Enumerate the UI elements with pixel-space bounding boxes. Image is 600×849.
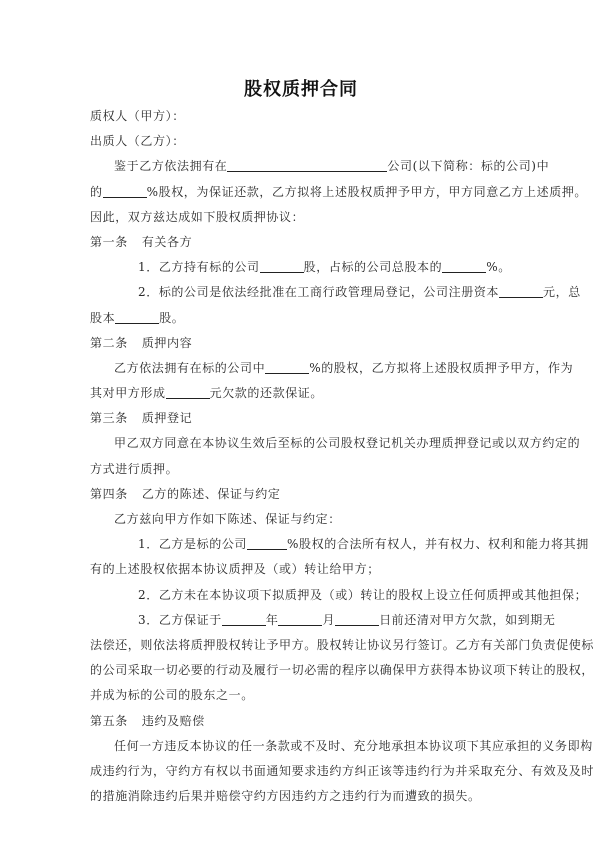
article-title: 质押内容 <box>142 336 192 350</box>
company-name-blank <box>227 157 387 172</box>
article-number: 第五条 <box>90 714 128 728</box>
day-blank <box>335 611 379 626</box>
clause-text: %股权的合法所有权人，并有权力、权利和能力将其拥 <box>287 537 589 551</box>
article-title: 乙方的陈述、保证与约定 <box>142 487 281 501</box>
contract-page: 股权质押合同 质权人（甲方）： 出质人（乙方）： 鉴于乙方依法拥有在公司(以下简… <box>90 76 512 809</box>
article-4-item-3-cont-2: 的公司采取一切必要的行动及履行一切必需的程序以确保甲方获得本协议项下转让的股权， <box>90 658 512 683</box>
year-blank <box>222 611 266 626</box>
clause-text: %。 <box>486 260 511 274</box>
clause-text: 2．标的公司是依法经批准在工商行政管理局登记，公司注册资本 <box>138 285 499 299</box>
owned-percent-blank <box>247 535 287 550</box>
article-title: 有关各方 <box>142 235 192 249</box>
clause-text: 日前还清对甲方欠款，如到期无 <box>379 613 555 627</box>
month-blank <box>278 611 322 626</box>
article-1-heading: 第一条有关各方 <box>90 230 512 255</box>
preamble-line-2: 的%股权，为保证还款，乙方拟将上述股权质押予甲方，甲方同意乙方上述质押。 <box>90 180 512 205</box>
preamble-text: 鉴于乙方依法拥有在 <box>114 159 227 173</box>
pledge-percent-blank <box>265 359 309 374</box>
clause-text: 3．乙方保证于 <box>138 613 222 627</box>
debt-amount-blank <box>166 384 210 399</box>
article-2-heading: 第二条质押内容 <box>90 331 512 356</box>
article-title: 质押登记 <box>142 411 192 425</box>
article-5-line-2: 成违约行为，守约方有权以书面通知要求违约方纠正该等违约行为并采取充分、有效及及时 <box>90 759 512 784</box>
article-4-item-1: 1．乙方是标的公司%股权的合法所有权人，并有权力、权利和能力将其拥 <box>90 532 512 557</box>
article-4-item-3: 3．乙方保证于年月日前还清对甲方欠款，如到期无 <box>90 608 512 633</box>
clause-text: 其对甲方形成 <box>90 386 166 400</box>
article-title: 违约及赔偿 <box>142 714 205 728</box>
clause-text: 股。 <box>159 311 184 325</box>
article-3-line-2: 方式进行质押。 <box>90 457 512 482</box>
clause-text: 乙方依法拥有在标的公司中 <box>114 361 265 375</box>
clause-text: 年 <box>266 613 279 627</box>
article-5-line-3: 的措施消除违约后果并赔偿守约方因违约方之违约行为而遭致的损失。 <box>90 784 512 809</box>
clause-text: 月 <box>322 613 335 627</box>
clause-text: 股，占标的公司总股本的 <box>304 260 443 274</box>
clause-text: 元，总 <box>543 285 581 299</box>
preamble-text: %股权，为保证还款，乙方拟将上述股权质押予甲方，甲方同意乙方上述质押。 <box>147 185 587 199</box>
article-number: 第二条 <box>90 336 128 350</box>
article-number: 第一条 <box>90 235 128 249</box>
document-title: 股权质押合同 <box>90 76 512 104</box>
article-4-item-3-cont-1: 法偿还，则依法将质押股权转让予甲方。股权转让协议另行签订。乙方有关部门负责促使标 <box>90 633 512 658</box>
preamble-line-3: 因此，双方兹达成如下股权质押协议： <box>90 205 512 230</box>
clause-text: 1．乙方持有标的公司 <box>138 260 260 274</box>
article-5-line-1: 任何一方违反本协议的任一条款或不及时、充分地承担本协议项下其应承担的义务即构 <box>90 734 512 759</box>
total-shares-blank <box>115 309 159 324</box>
article-2-line-1: 乙方依法拥有在标的公司中%的股权，乙方拟将上述股权质押予甲方，作为 <box>90 356 512 381</box>
preamble-text: 的 <box>90 185 103 199</box>
article-number: 第四条 <box>90 487 128 501</box>
preamble-line-1: 鉴于乙方依法拥有在公司(以下简称：标的公司)中 <box>90 154 512 179</box>
article-4-heading: 第四条乙方的陈述、保证与约定 <box>90 482 512 507</box>
registered-capital-blank <box>499 283 543 298</box>
article-3-line-1: 甲乙双方同意在本协议生效后至标的公司股权登记机关办理质押登记或以双方约定的 <box>90 431 512 456</box>
article-4-item-1-cont: 有的上述股权依据本协议质押及（或）转让给甲方； <box>90 557 512 582</box>
clause-text: 1．乙方是标的公司 <box>138 537 247 551</box>
pledgor-label: 出质人（乙方）： <box>90 129 512 154</box>
article-1-item-1: 1．乙方持有标的公司股，占标的公司总股本的%。 <box>90 255 512 280</box>
article-4-item-2: 2．乙方未在本协议项下拟质押及（或）转让的股权上设立任何质押或其他担保； <box>90 583 512 608</box>
preamble-text: 公司(以下简称：标的公司)中 <box>387 159 549 173</box>
article-1-item-2: 2．标的公司是依法经批准在工商行政管理局登记，公司注册资本元，总 <box>90 280 512 305</box>
article-3-heading: 第三条质押登记 <box>90 406 512 431</box>
clause-text: 股本 <box>90 311 115 325</box>
article-4-item-3-cont-3: 并成为标的公司的股东之一。 <box>90 683 512 708</box>
article-number: 第三条 <box>90 411 128 425</box>
article-2-line-2: 其对甲方形成元欠款的还款保证。 <box>90 381 512 406</box>
pledgee-label: 质权人（甲方）： <box>90 104 512 129</box>
total-percent-blank <box>442 258 486 273</box>
share-percent-blank <box>103 183 147 198</box>
clause-text: 元欠款的还款保证。 <box>210 386 323 400</box>
article-4-intro: 乙方兹向甲方作如下陈述、保证与约定： <box>90 507 512 532</box>
clause-text: %的股权，乙方拟将上述股权质押予甲方，作为 <box>309 361 573 375</box>
article-1-item-2-cont: 股本股。 <box>90 306 512 331</box>
article-5-heading: 第五条违约及赔偿 <box>90 709 512 734</box>
shares-held-blank <box>260 258 304 273</box>
